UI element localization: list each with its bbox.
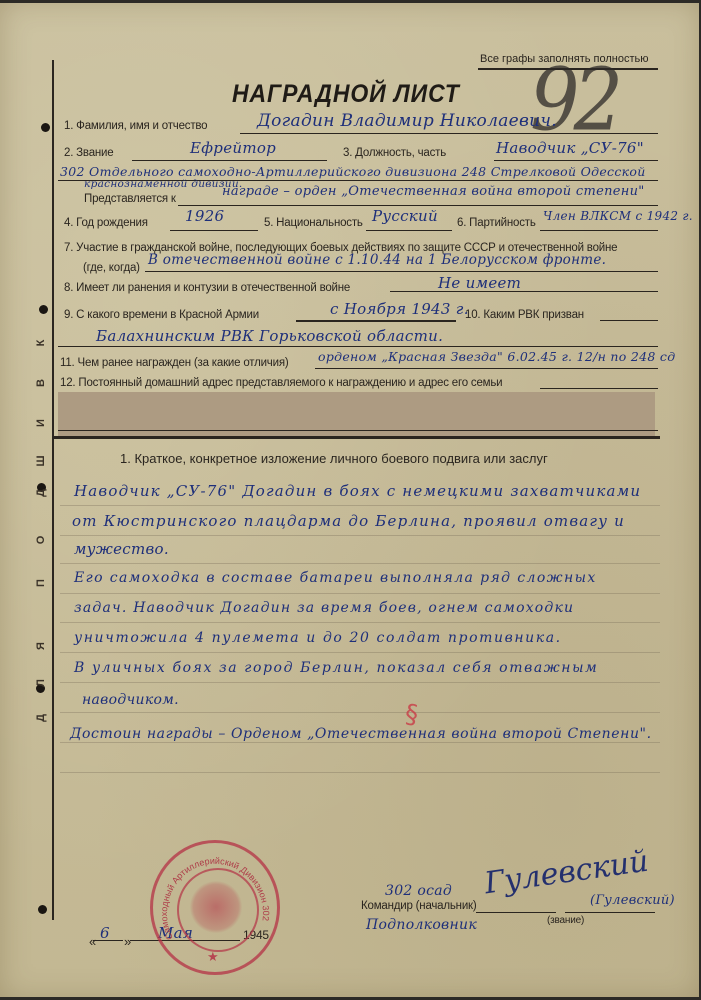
underline [145, 271, 658, 272]
svg-text:Самоходный Артиллерийский Диви: Самоходный Артиллерийский Дивизион 302 [159, 856, 271, 942]
side-label-letter: О [35, 529, 47, 551]
side-label-letter: П [35, 572, 47, 594]
narrative-line: Достоин награды – Орденом „Отечественная… [70, 726, 652, 742]
ruled-line [60, 563, 660, 564]
field-label-army-since: 9. С какого времени в Красной Армии [64, 309, 259, 321]
ruled-line [60, 682, 660, 683]
field-value-wounds: Не имеет [438, 274, 521, 292]
underline [240, 133, 658, 134]
narrative-line: Наводчик „СУ-76" Догадин в боях с немецк… [74, 482, 641, 500]
field-label-position: 3. Должность, часть [343, 147, 446, 159]
side-label-letter: Д [35, 707, 47, 729]
narrative-line: Его самоходка в составе батареи выполнял… [74, 570, 597, 586]
ruled-line [60, 622, 660, 623]
underline [296, 320, 456, 322]
side-label-letter: Я [35, 635, 47, 657]
field-label-draft-office: 10. Каким РВК призван [465, 309, 584, 321]
underline [58, 430, 658, 431]
unit-line-1: 302 Отдельного самоходно-Артиллерийского… [60, 164, 646, 179]
official-stamp: Самоходный Артиллерийский Дивизион 302 ★ [150, 840, 280, 975]
side-label-letter: Ш [35, 450, 47, 472]
underline [170, 230, 258, 231]
ruled-line [60, 712, 660, 713]
underline [565, 912, 655, 913]
narrative-heading: 1. Краткое, конкретное изложение личного… [120, 451, 548, 466]
field-value-previous-awards: орденом „Красная Звезда" 6.02.45 г. 12/н… [318, 349, 675, 364]
commander-label: Командир (начальник) [361, 900, 477, 912]
field-label-address: 12. Постоянный домашний адрес представля… [60, 377, 502, 389]
underline [58, 346, 658, 347]
ruled-line [60, 593, 660, 594]
field-label-name: 1. Фамилия, имя и отчество [64, 120, 207, 132]
ruled-line [60, 772, 660, 773]
folio-number: 92 [530, 52, 617, 151]
narrative-line: наводчиком. [82, 692, 179, 708]
ruled-line [60, 505, 660, 506]
underline [476, 912, 556, 913]
narrative-line: задач. Наводчик Догадин за время боев, о… [74, 600, 574, 616]
underline [178, 205, 658, 206]
punch-hole [38, 905, 47, 914]
field-label-birth-year: 4. Год рождения [64, 217, 148, 229]
section-divider [52, 436, 660, 439]
field-value-party: Член ВЛКСМ с 1942 г. [543, 209, 693, 223]
page-title: НАГРАДНОЙ ЛИСТ [232, 80, 460, 109]
field-label-nationality: 5. Национальность [264, 217, 363, 229]
side-label-letter: В [35, 372, 47, 394]
signer-rank: Подполковник [366, 917, 477, 933]
rank-caption: (звание) [547, 915, 584, 926]
field-sublabel-where-when: (где, когда) [83, 262, 140, 274]
field-value-rank: Ефрейтор [190, 139, 276, 157]
field-value-birth-year: 1926 [185, 207, 224, 225]
ruled-line [60, 535, 660, 536]
punch-hole [41, 123, 50, 132]
ruled-line [60, 652, 660, 653]
field-label-rank: 2. Звание [64, 147, 113, 159]
award-sheet: Д Л Я П О Д Ш И В К Все графы заполнять … [0, 0, 701, 1000]
field-label-nominated: Представляется к [84, 193, 176, 205]
signer-unit: 302 осад [385, 883, 452, 899]
field-value-position: Наводчик „СУ-76" [496, 139, 644, 157]
underline [540, 388, 658, 389]
underline [494, 160, 658, 161]
ruled-line [60, 742, 660, 743]
narrative-line: мужество. [74, 540, 169, 558]
narrative-line: В уличных боях за город Берлин, показал … [74, 660, 598, 676]
punch-hole [39, 305, 48, 314]
side-label-letter: К [35, 332, 47, 354]
narrative-line: уничтожила 4 пулемета и до 20 солдат про… [74, 630, 562, 646]
field-label-wounds: 8. Имеет ли ранения и контузии в отечест… [64, 282, 350, 294]
side-label-letter: И [35, 412, 47, 434]
underline [600, 320, 658, 321]
side-label-letter: Д [35, 482, 47, 504]
underline [93, 940, 123, 941]
scan-edge-top [0, 0, 701, 3]
field-value-war-participation: В отечественной войне с 1.10.44 на 1 Бел… [148, 252, 606, 268]
field-value-draft-office: Балахнинским РВК Горьковской области. [96, 327, 443, 345]
binding-margin-line [52, 60, 54, 920]
underline [540, 230, 658, 231]
narrative-line: от Кюстринского плацдарма до Берлина, пр… [72, 512, 625, 530]
signer-name: (Гулевский) [590, 893, 675, 908]
field-value-nationality: Русский [372, 207, 438, 225]
field-value-nominated: награде – орден „Отечественная война вто… [222, 184, 645, 199]
field-value-army-since: с Ноября 1943 г. [330, 300, 469, 318]
side-label-letter: Л [35, 672, 47, 694]
date-close-quote: » [124, 934, 131, 949]
underline [366, 230, 452, 231]
field-label-previous-awards: 11. Чем ранее награжден (за какие отличи… [60, 357, 288, 369]
unit-line-2: краснознаменной дивизии. [84, 178, 243, 190]
date-open-quote: « [89, 934, 96, 949]
underline [315, 368, 658, 369]
field-value-name: Догадин Владимир Николаевич. [257, 111, 557, 131]
underline [132, 160, 327, 161]
field-label-party: 6. Партийность [457, 217, 536, 229]
underline [390, 291, 658, 292]
star-icon: ★ [207, 949, 219, 965]
